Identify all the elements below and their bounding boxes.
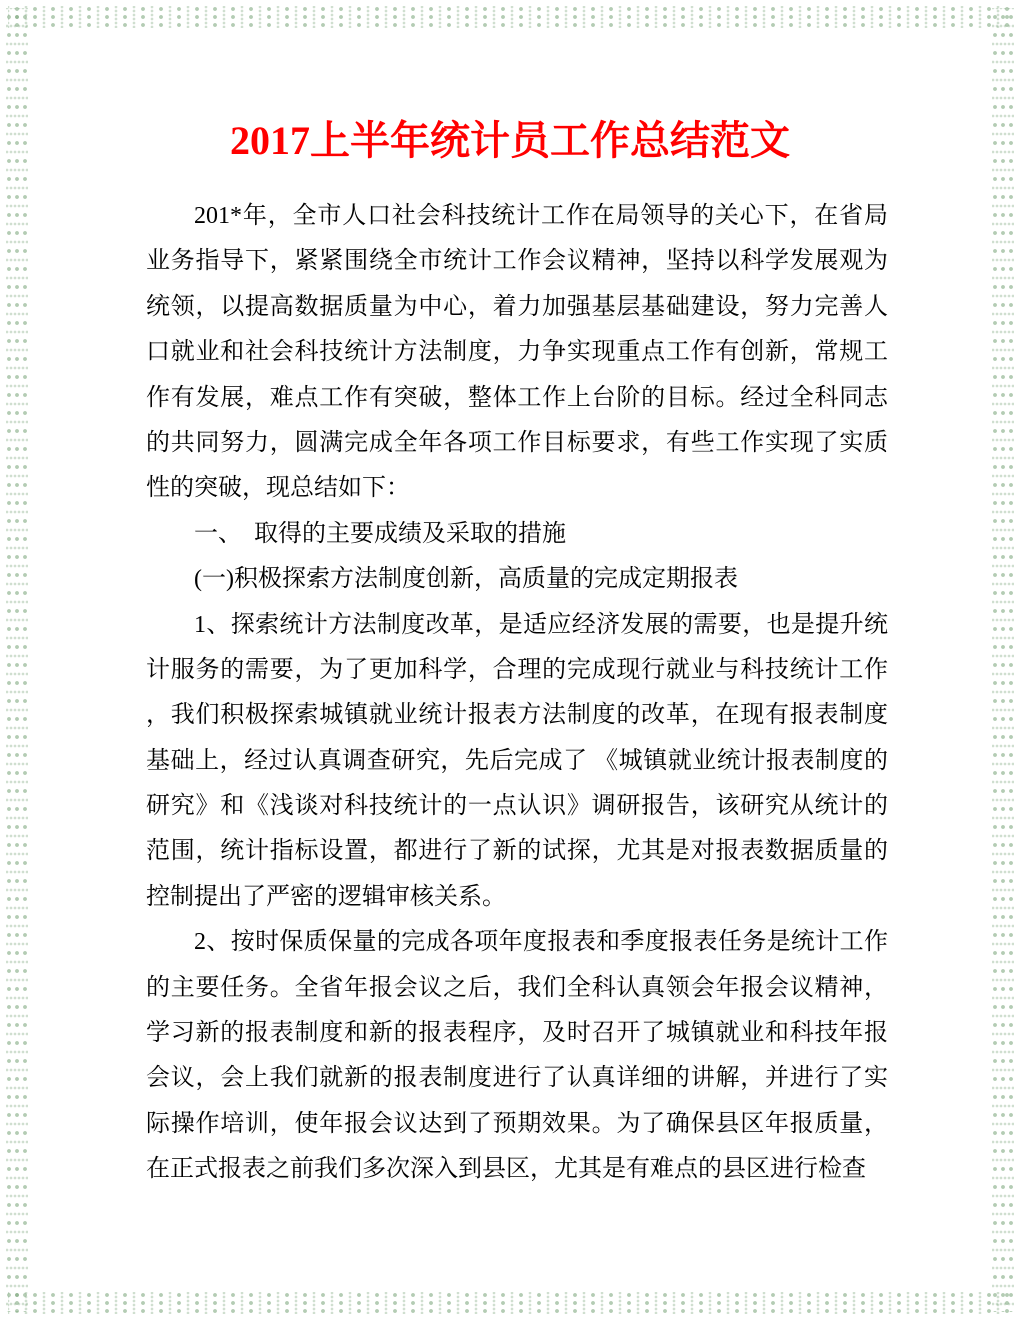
body-line-subsection-heading: (一)积极探索方法制度创新，高质量的完成定期报表 (146, 557, 888, 602)
document-page: 2017上半年统计员工作总结范文 201*年，全市人口社会科技统计工作在局领导的… (0, 0, 1020, 1320)
body-line: 基础上，经过认真调查研究，先后完成了 《城镇就业统计报表制度的 (146, 739, 888, 784)
body-line: 业务指导下，紧紧围绕全市统计工作会议精神，坚持以科学发展观为 (146, 239, 888, 284)
body-line: 范围，统计指标设置，都进行了新的试探，尤其是对报表数据质量的 (146, 829, 888, 874)
body-line: 的主要任务。全省年报会议之后，我们全科认真领会年报会议精神， (146, 966, 888, 1011)
body-line: 1、探索统计方法制度改革，是适应经济发展的需要，也是提升统 (146, 603, 888, 648)
body-line: 控制提出了严密的逻辑审核关系。 (146, 875, 888, 920)
decorative-border-bottom (8, 1292, 1012, 1314)
body-line: 会议，会上我们就新的报表制度进行了认真详细的讲解，并进行了实 (146, 1056, 888, 1101)
body-line: 性的突破，现总结如下： (146, 466, 888, 511)
body-line: 口就业和社会科技统计方法制度，力争实现重点工作有创新，常规工 (146, 330, 888, 375)
decorative-border-right (992, 8, 1014, 1312)
document-body: 201*年，全市人口社会科技统计工作在局领导的关心下，在省局 业务指导下，紧紧围… (146, 194, 888, 1193)
body-line: 统领，以提高数据质量为中心，着力加强基层基础建设，努力完善人 (146, 285, 888, 330)
body-line: 计服务的需要，为了更加科学，合理的完成现行就业与科技统计工作 (146, 648, 888, 693)
body-line: 作有发展，难点工作有突破，整体工作上台阶的目标。经过全科同志 (146, 376, 888, 421)
decorative-border-top (8, 6, 1012, 28)
body-line: 的共同努力，圆满完成全年各项工作目标要求，有些工作实现了实质 (146, 421, 888, 466)
body-line: 在正式报表之前我们多次深入到县区，尤其是有难点的县区进行检查 (146, 1147, 888, 1192)
body-line: 学习新的报表制度和新的报表程序，及时召开了城镇就业和科技年报 (146, 1011, 888, 1056)
body-line: 研究》和《浅谈对科技统计的一点认识》调研报告，该研究从统计的 (146, 784, 888, 829)
body-line: ，我们积极探索城镇就业统计报表方法制度的改革，在现有报表制度 (146, 693, 888, 738)
body-line: 2、按时保质保量的完成各项年度报表和季度报表任务是统计工作 (146, 920, 888, 965)
body-line: 201*年，全市人口社会科技统计工作在局领导的关心下，在省局 (146, 194, 888, 239)
decorative-border-left (6, 8, 28, 1312)
body-line-section-heading: 一、 取得的主要成绩及采取的措施 (146, 512, 888, 557)
body-line: 际操作培训，使年报会议达到了预期效果。为了确保县区年报质量， (146, 1102, 888, 1147)
document-title: 2017上半年统计员工作总结范文 (0, 118, 1020, 164)
